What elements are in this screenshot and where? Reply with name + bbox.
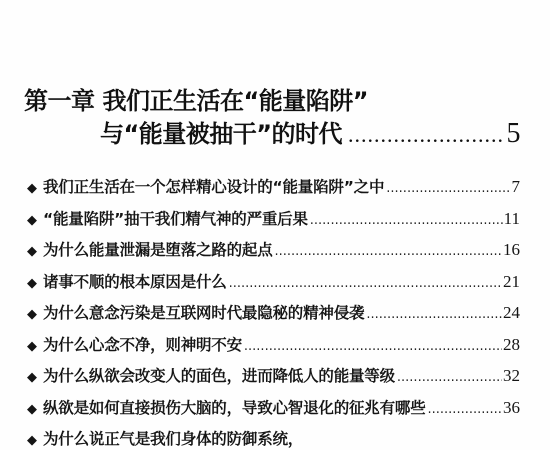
dot-leader: ........................................… — [229, 271, 502, 297]
toc-entry[interactable]: ◆ 为什么心念不净，则神明不安 ........................… — [27, 332, 520, 364]
entry-page-number: 7 — [512, 174, 521, 200]
toc-entry[interactable]: ◆ 诸事不顺的根本原因是什么 .........................… — [27, 269, 520, 301]
entry-title: 诸事不顺的根本原因是什么 — [43, 269, 227, 295]
dot-leader: ...................................... — [348, 120, 504, 150]
entry-page-number: 32 — [503, 363, 520, 389]
toc-entry[interactable]: ◆ 为什么纵欲会改变人的面色，进而降低人的能量等级 ..............… — [27, 363, 520, 395]
diamond-bullet-icon: ◆ — [27, 428, 41, 450]
dot-leader: ........................................… — [275, 239, 502, 265]
toc-entry[interactable]: ◆ 为什么说正气是我们身体的防御系统， ....................… — [27, 426, 520, 450]
toc-page: 第一章我们正生活在“能量陷阱” 与“能量被抽干”的时代 ............… — [0, 0, 550, 450]
diamond-bullet-icon: ◆ — [27, 302, 41, 328]
diamond-bullet-icon: ◆ — [27, 365, 41, 391]
chapter-title-line2: 与“能量被抽干”的时代 ............................… — [100, 119, 520, 149]
diamond-bullet-icon: ◆ — [27, 271, 41, 297]
entry-title: 我们正生活在一个怎样精心设计的“能量陷阱”之中 — [43, 174, 384, 200]
dot-leader: ........................................… — [310, 208, 503, 234]
diamond-bullet-icon: ◆ — [27, 208, 41, 234]
entry-page-number: 24 — [503, 300, 520, 326]
dot-leader: ........................................… — [244, 334, 502, 360]
entry-page-number: 28 — [503, 332, 520, 358]
toc-entry[interactable]: ◆ 为什么意念污染是互联网时代最隐秘的精神侵袭 ................… — [27, 300, 520, 332]
chapter-title-line1: 第一章我们正生活在“能量陷阱” — [24, 86, 520, 116]
entry-title: 为什么心念不净，则神明不安 — [43, 332, 242, 358]
diamond-bullet-icon: ◆ — [27, 397, 41, 423]
chapter-title-part1: 我们正生活在“能量陷阱” — [103, 87, 369, 115]
entry-title: 为什么纵欲会改变人的面色，进而降低人的能量等级 — [43, 363, 395, 389]
entry-page-number: 21 — [503, 269, 520, 295]
entry-page-number: 16 — [503, 237, 520, 263]
toc-entry[interactable]: ◆ 我们正生活在一个怎样精心设计的“能量陷阱”之中 ..............… — [27, 174, 520, 206]
entry-page-number: 36 — [503, 395, 520, 421]
entry-title: 为什么说正气是我们身体的防御系统， — [43, 426, 303, 450]
entry-title: 纵欲是如何直接损伤大脑的，导致心智退化的征兆有哪些 — [43, 395, 426, 421]
toc-entry-list: ◆ 我们正生活在一个怎样精心设计的“能量陷阱”之中 ..............… — [27, 174, 520, 450]
dot-leader: ........................................… — [428, 397, 502, 423]
toc-entry[interactable]: ◆ 纵欲是如何直接损伤大脑的，导致心智退化的征兆有哪些 ............… — [27, 395, 520, 427]
entry-title: 为什么能量泄漏是堕落之路的起点 — [43, 237, 273, 263]
entry-page-number: 11 — [504, 206, 520, 232]
dot-leader: ........................................… — [386, 176, 510, 202]
dot-leader: ........................................… — [366, 302, 502, 328]
toc-entry[interactable]: ◆ “能量陷阱”抽干我们精气神的严重后果 ...................… — [27, 206, 520, 238]
chapter-number: 第一章 — [24, 87, 95, 115]
dot-leader: ........................................… — [397, 365, 502, 391]
entry-title: “能量陷阱”抽干我们精气神的严重后果 — [43, 206, 308, 232]
diamond-bullet-icon: ◆ — [27, 239, 41, 265]
chapter-heading: 第一章我们正生活在“能量陷阱” 与“能量被抽干”的时代 ............… — [24, 86, 520, 149]
diamond-bullet-icon: ◆ — [27, 176, 41, 202]
chapter-title-part2: 与“能量被抽干”的时代 — [100, 119, 342, 149]
entry-title: 为什么意念污染是互联网时代最隐秘的精神侵袭 — [43, 300, 364, 326]
chapter-page-number: 5 — [507, 119, 521, 149]
toc-entry[interactable]: ◆ 为什么能量泄漏是堕落之路的起点 ......................… — [27, 237, 520, 269]
diamond-bullet-icon: ◆ — [27, 334, 41, 360]
